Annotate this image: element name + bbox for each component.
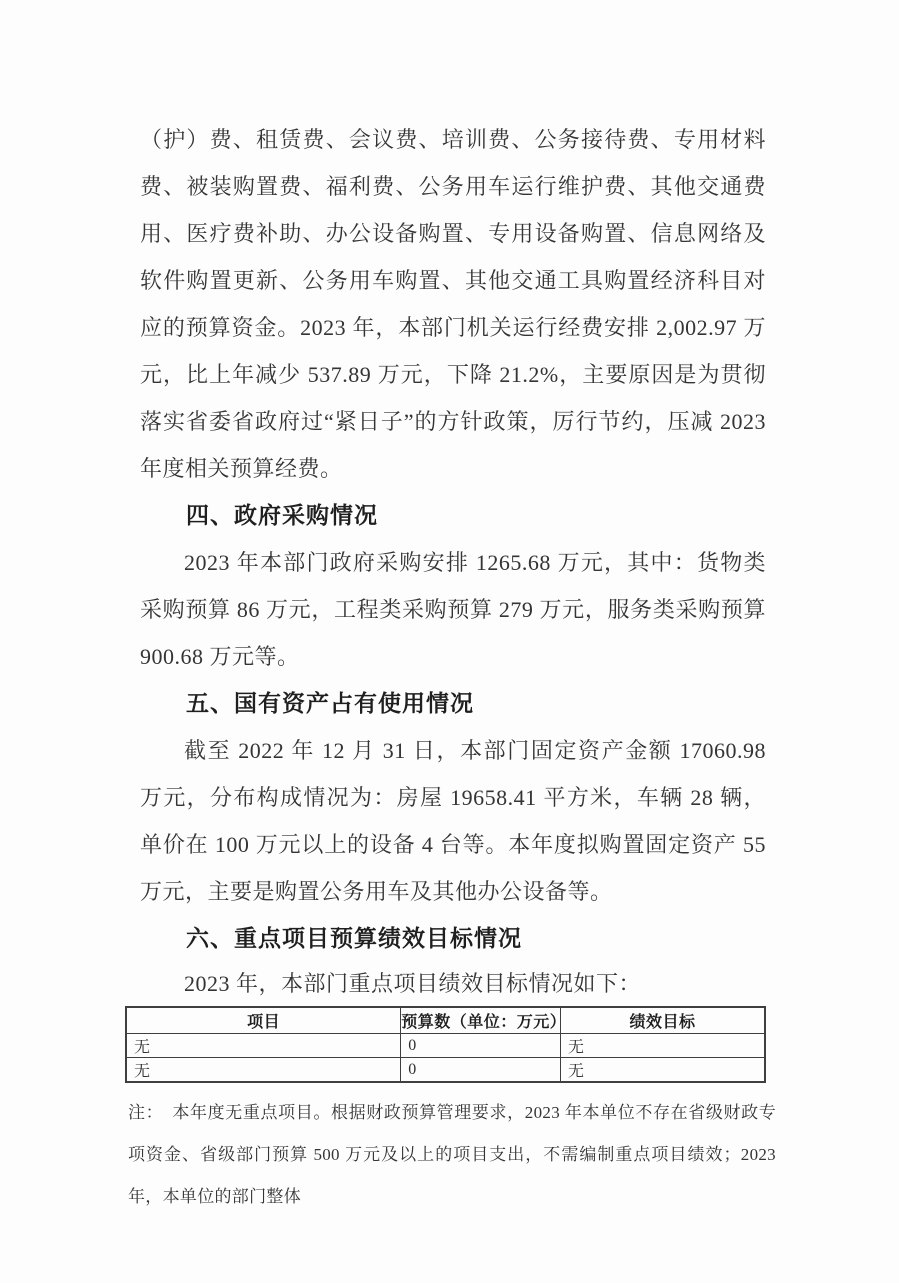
section-4-heading: 四、政府采购情况 bbox=[140, 492, 766, 539]
section-4-paragraph: 2023 年本部门政府采购安排 1265.68 万元，其中：货物类采购预算 86… bbox=[140, 539, 766, 680]
table-row: 无 0 无 bbox=[126, 1034, 765, 1058]
intro-paragraph: （护）费、租赁费、会议费、培训费、公务接待费、专用材料费、被装购置费、福利费、公… bbox=[140, 116, 766, 492]
table-cell-budget: 0 bbox=[401, 1058, 561, 1083]
table-cell-performance: 无 bbox=[561, 1058, 765, 1083]
key-projects-table: 项目 预算数（单位：万元） 绩效目标 无 0 无 无 0 无 bbox=[125, 1006, 766, 1083]
table-cell-project: 无 bbox=[126, 1058, 401, 1083]
section-6-paragraph: 2023 年，本部门重点项目绩效目标情况如下： bbox=[140, 962, 766, 1006]
table-header-row: 项目 预算数（单位：万元） 绩效目标 bbox=[126, 1007, 765, 1034]
table-cell-performance: 无 bbox=[561, 1034, 765, 1058]
table-row: 无 0 无 bbox=[126, 1058, 765, 1083]
section-5-paragraph: 截至 2022 年 12 月 31 日，本部门固定资产金额 17060.98 万… bbox=[140, 727, 766, 915]
table-cell-project: 无 bbox=[126, 1034, 401, 1058]
document-page: （护）费、租赁费、会议费、培训费、公务接待费、专用材料费、被装购置费、福利费、公… bbox=[0, 0, 899, 1283]
section-5-heading: 五、国有资产占有使用情况 bbox=[140, 680, 766, 727]
table-note: 注： 本年度无重点项目。根据财政预算管理要求，2023 年本单位不存在省级财政专… bbox=[128, 1092, 776, 1218]
table-header-performance: 绩效目标 bbox=[561, 1007, 765, 1034]
table-header-budget: 预算数（单位：万元） bbox=[401, 1007, 561, 1034]
section-6-heading: 六、重点项目预算绩效目标情况 bbox=[140, 915, 766, 962]
table-header-project: 项目 bbox=[126, 1007, 401, 1034]
table-cell-budget: 0 bbox=[401, 1034, 561, 1058]
